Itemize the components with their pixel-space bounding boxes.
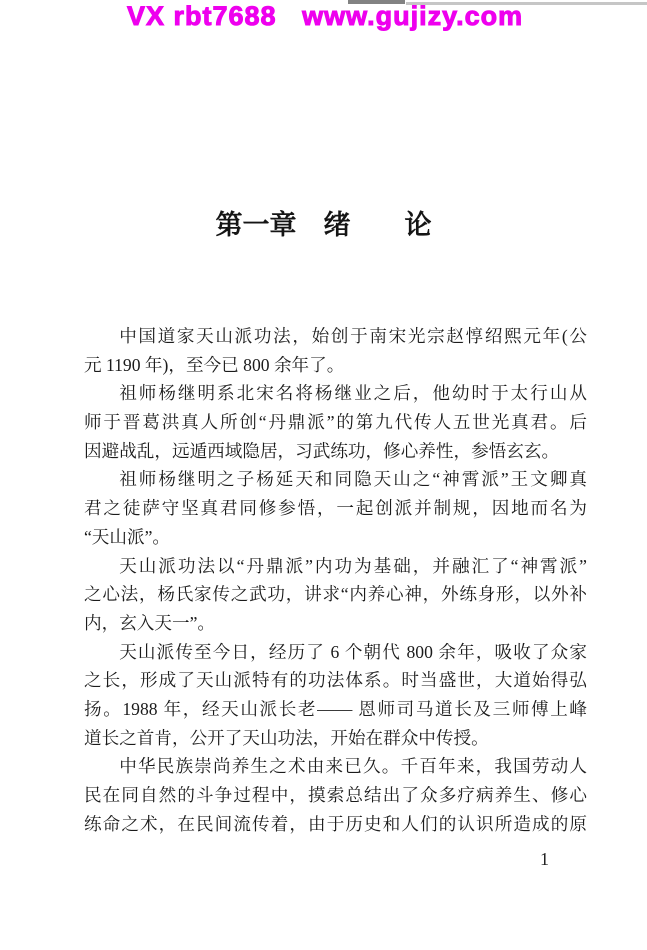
text-line: 祖师杨继明之子杨延天和同隐天山之“神霄派”王文卿真: [84, 465, 587, 494]
page-number: 1: [540, 849, 549, 870]
text-line: 之长，形成了天山派特有的功法体系。时当盛世，大道始得弘: [84, 666, 587, 695]
text-line: 民在同自然的斗争过程中，摸索总结出了众多疗病养生、修心: [84, 781, 587, 810]
text-line: 因避战乱，远遁西域隐居，习武练功，修心养性，参悟玄玄。: [84, 437, 587, 466]
text-line: 之心法，杨氏家传之武功，讲求“内养心神，外练身形，以外补: [84, 580, 587, 609]
text-line: 内，玄入天一”。: [84, 609, 587, 638]
text-line: 练命之术，在民间流传着，由于历史和人们的认识所造成的原: [84, 810, 587, 839]
text-line: 道长之首肯，公开了天山功法，开始在群众中传授。: [84, 724, 587, 753]
watermark-text: VX rbt7688 www.gujizy.com: [127, 1, 523, 32]
chapter-title: 第一章 绪 论: [0, 203, 647, 242]
text-line: 元 1190 年)，至今已 800 余年了。: [84, 351, 587, 380]
body-text: 中国道家天山派功法，始创于南宋光宗赵惇绍熙元年(公 元 1190 年)，至今已 …: [84, 322, 587, 838]
text-line: “天山派”。: [84, 523, 587, 552]
text-line: 中华民族崇尚养生之术由来已久。千百年来，我国劳动人: [84, 752, 587, 781]
text-line: 扬。1988 年，经天山派长老—— 恩师司马道长及三师傅上峰: [84, 695, 587, 724]
text-line: 中国道家天山派功法，始创于南宋光宗赵惇绍熙元年(公: [84, 322, 587, 351]
text-line: 天山派传至今日，经历了 6 个朝代 800 余年，吸收了众家: [84, 638, 587, 667]
text-line: 天山派功法以“丹鼎派”内功为基础，并融汇了“神霄派”: [84, 552, 587, 581]
text-line: 师于晋葛洪真人所创“丹鼎派”的第九代传人五世光真君。后: [84, 408, 587, 437]
text-line: 君之徒萨守坚真君同修参悟，一起创派并制规，因地而名为: [84, 494, 587, 523]
book-page: VX rbt7688 www.gujizy.com 第一章 绪 论 中国道家天山…: [0, 0, 647, 950]
text-line: 祖师杨继明系北宋名将杨继业之后，他幼时于太行山从: [84, 379, 587, 408]
